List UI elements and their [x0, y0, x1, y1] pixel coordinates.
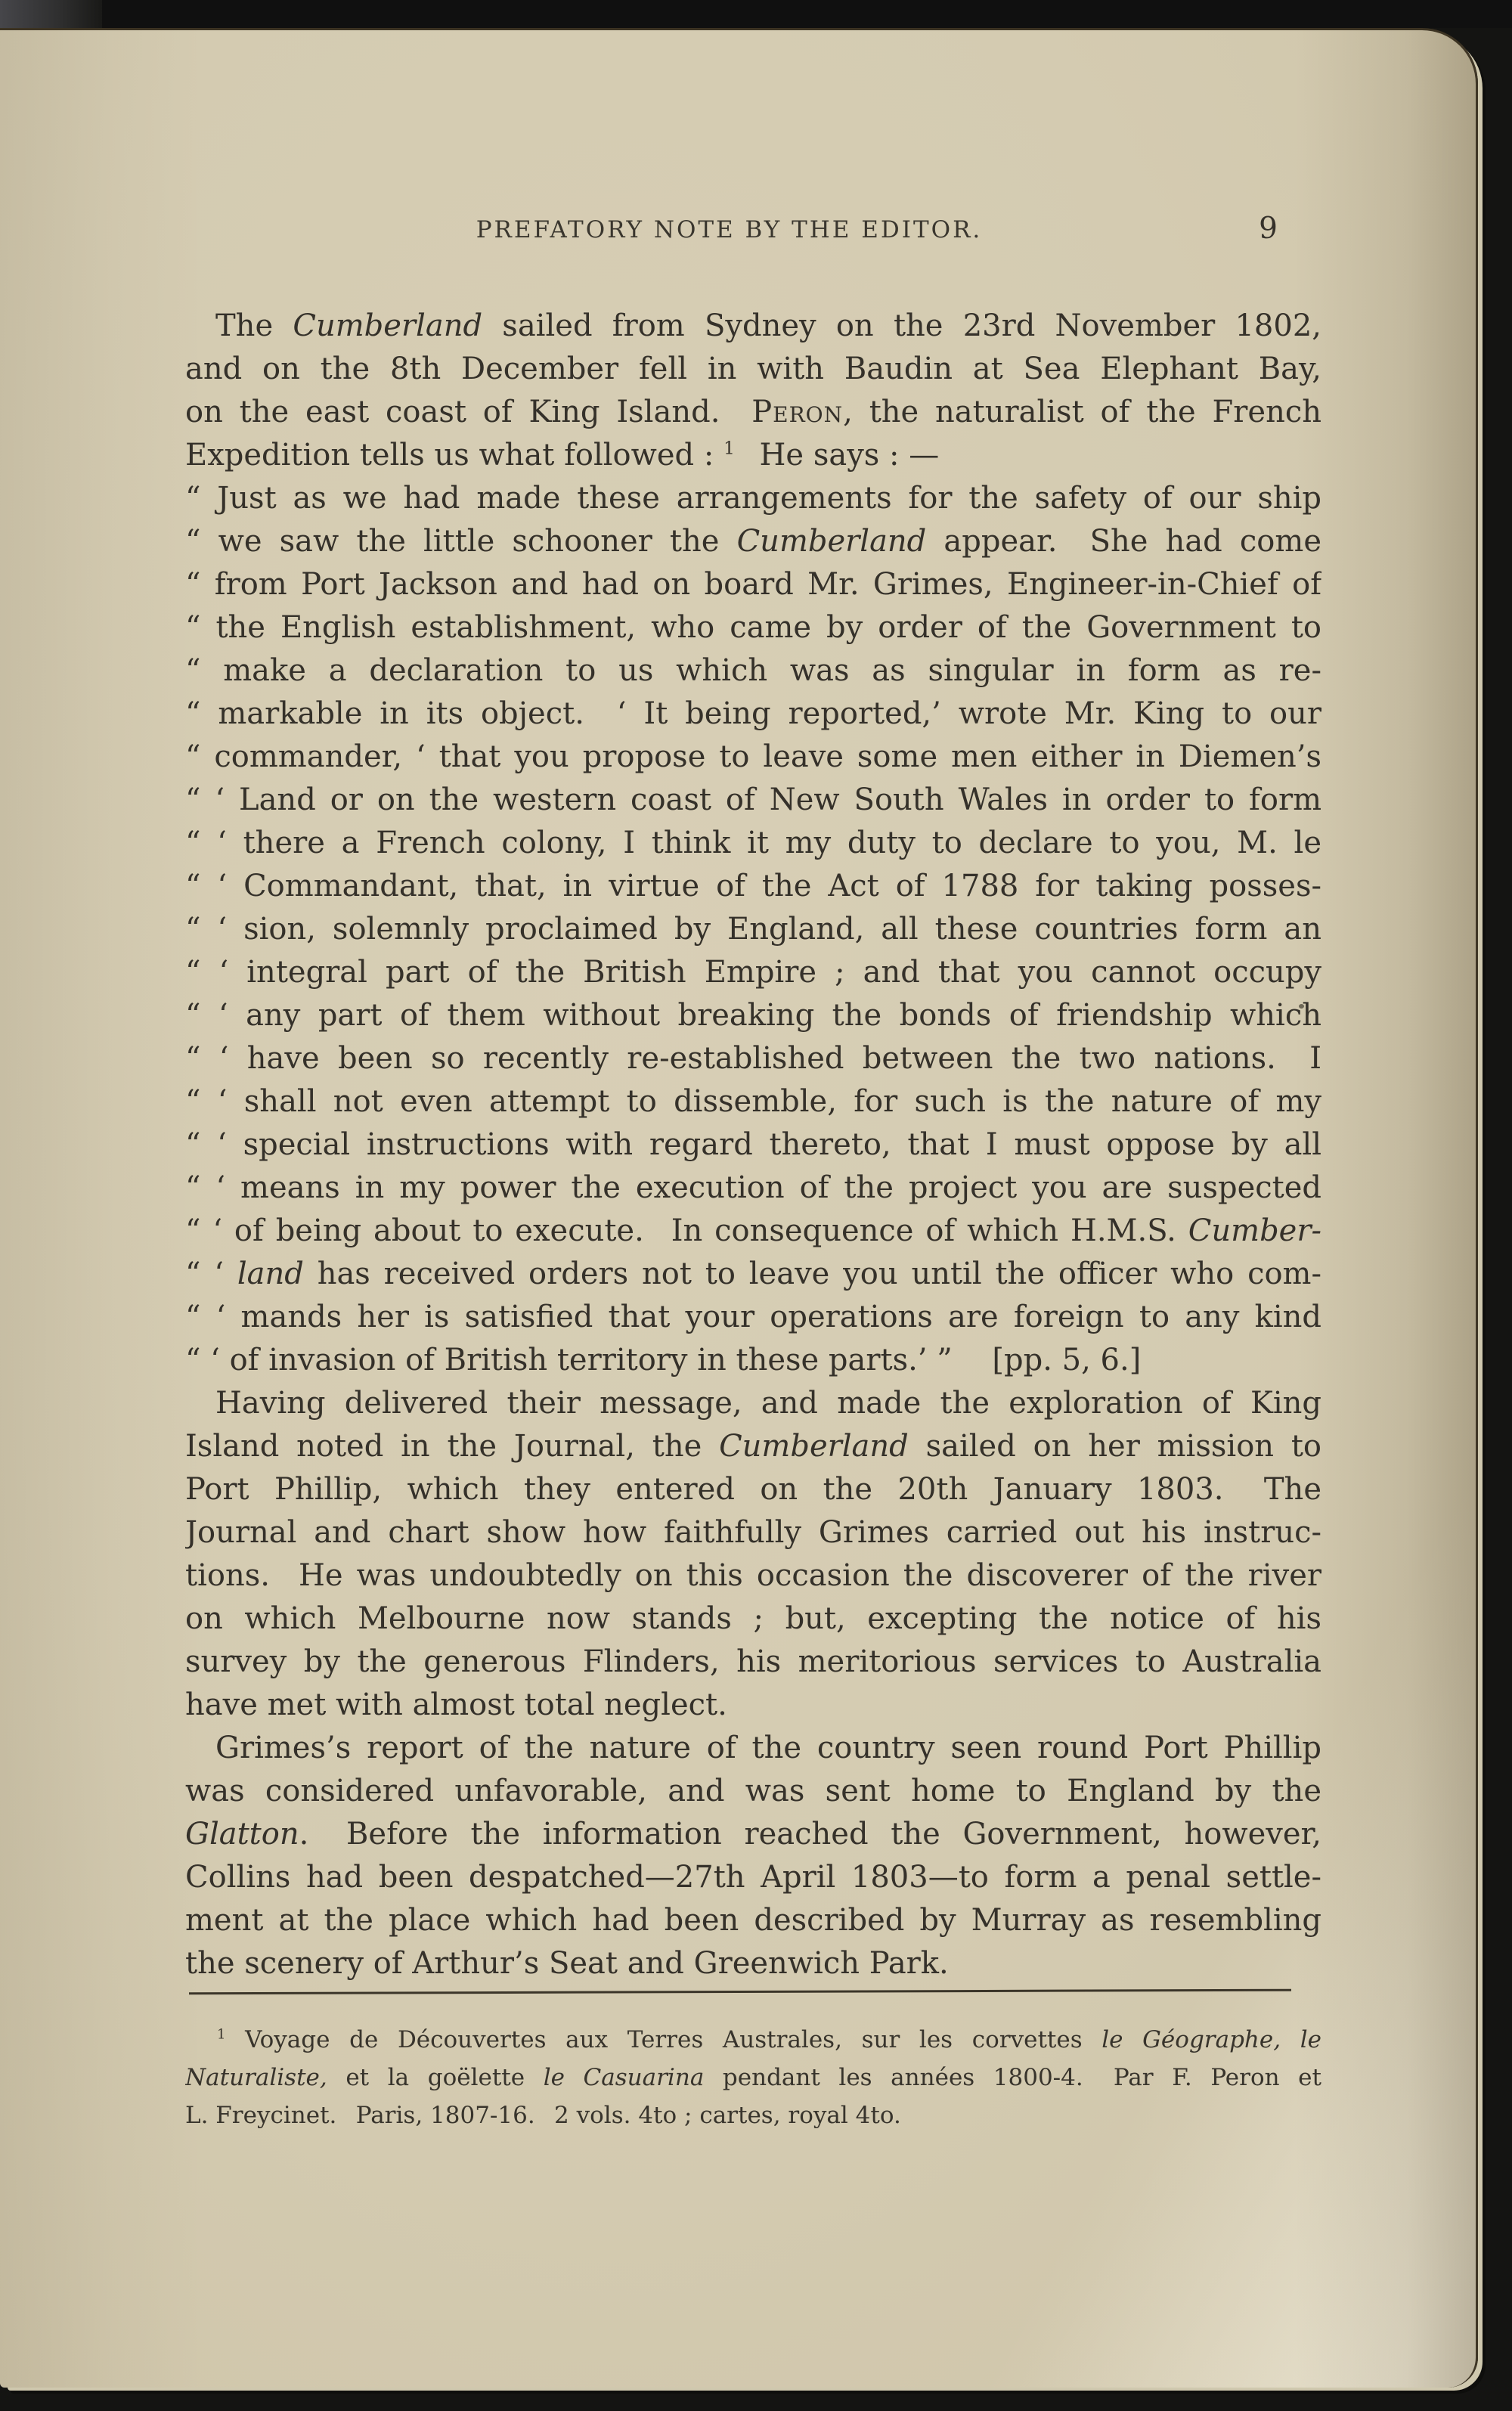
text-line: “ ‘ sion, solemnly proclaimed by England…: [185, 908, 1321, 951]
text-line: “ from Port Jackson and had on board Mr.…: [185, 563, 1321, 606]
book-page: PREFATORY NOTE BY THE EDITOR. 9 The Cumb…: [0, 28, 1478, 2388]
running-title: PREFATORY NOTE BY THE EDITOR.: [161, 216, 1297, 243]
text-line: Having delivered their message, and made…: [185, 1382, 1321, 1425]
text-line: “ ‘ land has received orders not to leav…: [185, 1253, 1321, 1296]
ink-dot: [1299, 1004, 1304, 1009]
scan-background: PREFATORY NOTE BY THE EDITOR. 9 The Cumb…: [0, 0, 1512, 2411]
text-line: ment at the place which had been describ…: [185, 1899, 1321, 1942]
text-line: Journal and chart show how faithfully Gr…: [185, 1511, 1321, 1554]
text-line: “ ‘ Commandant, that, in virtue of the A…: [185, 865, 1321, 908]
footnote: 1 Voyage de Découvertes aux Terres Austr…: [185, 2021, 1321, 2134]
book-spine-fragment: [0, 0, 102, 29]
page-header: PREFATORY NOTE BY THE EDITOR. 9: [185, 216, 1321, 257]
text-line: 1 Voyage de Découvertes aux Terres Austr…: [185, 2021, 1321, 2059]
text-line: “ ‘ there a French colony, I think it my…: [185, 822, 1321, 865]
text-line: “ ‘ shall not even attempt to dissemble,…: [185, 1080, 1321, 1123]
text-line: “ ‘ of being about to execute. In conseq…: [185, 1210, 1321, 1253]
text-line: Expedition tells us what followed : 1 He…: [185, 434, 1321, 477]
text-line: L. Freycinet. Paris, 1807-16. 2 vols. 4t…: [185, 2096, 1321, 2134]
page-number: 9: [1259, 212, 1278, 246]
text-line: was considered unfavorable, and was sent…: [185, 1770, 1321, 1813]
body-text: The Cumberland sailed from Sydney on the…: [185, 305, 1321, 1985]
text-line: “ ‘ means in my power the execution of t…: [185, 1167, 1321, 1210]
text-line: Naturaliste, et la goëlette le Casuarina…: [185, 2059, 1321, 2096]
text-line: “ ‘ any part of them without breaking th…: [185, 994, 1321, 1037]
text-line: “ ‘ have been so recently re-established…: [185, 1037, 1321, 1080]
text-line: “ ‘ integral part of the British Empire …: [185, 951, 1321, 994]
text-line: Port Phillip, which they entered on the …: [185, 1468, 1321, 1511]
text-line: survey by the generous Flinders, his mer…: [185, 1641, 1321, 1684]
text-line: “ markable in its object. ‘ It being rep…: [185, 693, 1321, 736]
text-line: tions. He was undoubtedly on this occasi…: [185, 1554, 1321, 1598]
text-line: “ ‘ of invasion of British territory in …: [185, 1339, 1321, 1382]
text-line: on which Melbourne now stands ; but, exc…: [185, 1598, 1321, 1641]
text-line: “ ‘ Land or on the western coast of New …: [185, 779, 1321, 822]
text-line: “ Just as we had made these arrangements…: [185, 477, 1321, 520]
text-line: Collins had been despatched—27th April 1…: [185, 1856, 1321, 1899]
text-line: Glatton. Before the information reached …: [185, 1813, 1321, 1856]
footnote-rule: [189, 1989, 1291, 1995]
text-line: “ the English establishment, who came by…: [185, 606, 1321, 649]
text-line: “ ‘ mands her is satisfied that your ope…: [185, 1296, 1321, 1339]
text-line: “ we saw the little schooner the Cumberl…: [185, 520, 1321, 563]
text-line: Island noted in the Journal, the Cumberl…: [185, 1425, 1321, 1468]
text-line: have met with almost total neglect.: [185, 1684, 1321, 1727]
scan-top-strip: [0, 0, 1512, 28]
text-line: and on the 8th December fell in with Bau…: [185, 348, 1321, 391]
text-line: “ ‘ special instructions with regard the…: [185, 1123, 1321, 1167]
text-line: Grimes’s report of the nature of the cou…: [185, 1727, 1321, 1770]
text-line: “ commander, ‘ that you propose to leave…: [185, 736, 1321, 779]
text-line: The Cumberland sailed from Sydney on the…: [185, 305, 1321, 348]
text-line: “ make a declaration to us which was as …: [185, 649, 1321, 693]
text-line: the scenery of Arthur’s Seat and Greenwi…: [185, 1942, 1321, 1985]
text-line: on the east coast of King Island. Peron,…: [185, 391, 1321, 434]
